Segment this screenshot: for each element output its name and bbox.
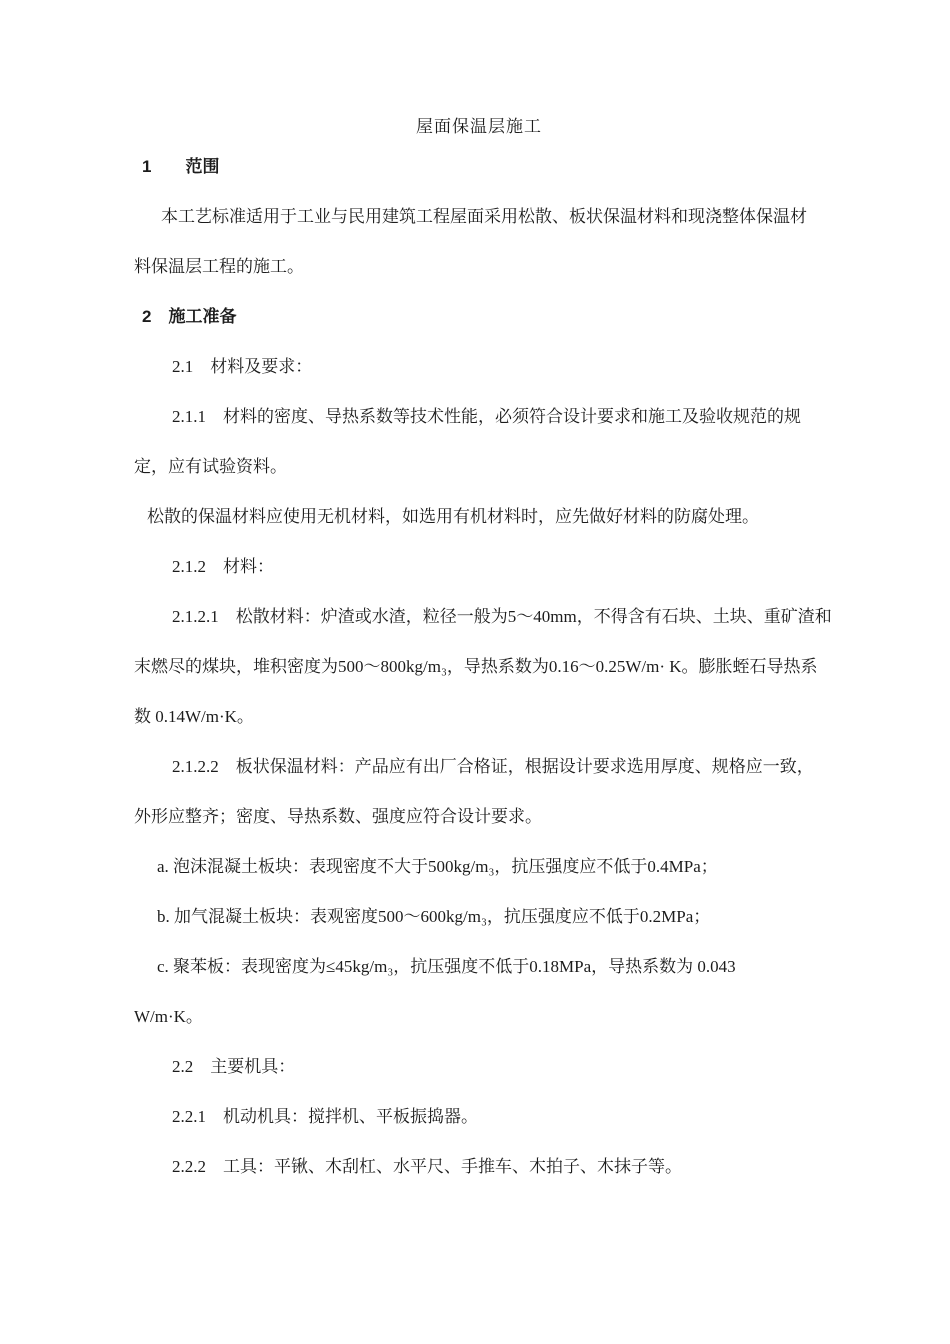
paragraph: 2.2.1 机动机具：搅拌机、平板振捣器。	[134, 1092, 824, 1142]
paragraph-line: 2.1.1 材料的密度、导热系数等技术性能，必须符合设计要求和施工及验收规范的规	[134, 392, 824, 442]
document-body: 1 范围本工艺标准适用于工业与民用建筑工程屋面采用松散、板状保温材料和现浇整体保…	[134, 142, 824, 1192]
paragraph-line: b. 加气混凝土板块：表观密度500～600kg/m₃，抗压强度应不低于0.2M…	[134, 892, 824, 942]
paragraph: 2.1.2 材料：	[134, 542, 824, 592]
paragraph-line: 末燃尽的煤块，堆积密度为500～800kg/m₃，导热系数为0.16～0.25W…	[134, 642, 824, 692]
paragraph: 本工艺标准适用于工业与民用建筑工程屋面采用松散、板状保温材料和现浇整体保温材料保…	[134, 192, 824, 292]
paragraph: 2.1.2.1 松散材料：炉渣或水渣，粒径一般为5～40mm，不得含有石块、土块…	[134, 592, 824, 742]
paragraph-line: 2.2.1 机动机具：搅拌机、平板振捣器。	[134, 1092, 824, 1142]
paragraph-line: 2.1.2.2 板状保温材料：产品应有出厂合格证，根据设计要求选用厚度、规格应一…	[134, 742, 824, 792]
paragraph-line: 1 范围	[134, 142, 824, 192]
paragraph: 2.1.2.2 板状保温材料：产品应有出厂合格证，根据设计要求选用厚度、规格应一…	[134, 742, 824, 842]
paragraph: a. 泡沫混凝土板块：表现密度不大于500kg/m₃，抗压强度应不低于0.4MP…	[134, 842, 824, 892]
paragraph-line: 2.2 主要机具：	[134, 1042, 824, 1092]
paragraph: 松散的保温材料应使用无机材料，如选用有机材料时，应先做好材料的防腐处理。	[134, 492, 824, 542]
paragraph: 2.1.1 材料的密度、导热系数等技术性能，必须符合设计要求和施工及验收规范的规…	[134, 392, 824, 492]
paragraph-line: 本工艺标准适用于工业与民用建筑工程屋面采用松散、板状保温材料和现浇整体保温材	[134, 192, 824, 242]
paragraph-line: a. 泡沫混凝土板块：表现密度不大于500kg/m₃，抗压强度应不低于0.4MP…	[134, 842, 824, 892]
paragraph-line: 2.1.2 材料：	[134, 542, 824, 592]
document-content: 屋面保温层施工 1 范围本工艺标准适用于工业与民用建筑工程屋面采用松散、板状保温…	[134, 0, 824, 1192]
paragraph: 2.2.2 工具：平锹、木刮杠、水平尺、手推车、木拍子、木抹子等。	[134, 1142, 824, 1192]
paragraph-line: c. 聚苯板：表现密度为≤45kg/m₃，抗压强度不低于0.18MPa，导热系数…	[134, 942, 824, 992]
document-title: 屋面保温层施工	[134, 112, 824, 142]
document-page: 屋面保温层施工 1 范围本工艺标准适用于工业与民用建筑工程屋面采用松散、板状保温…	[0, 0, 950, 1344]
paragraph-line: W/m·K。	[134, 992, 824, 1042]
paragraph-line: 松散的保温材料应使用无机材料，如选用有机材料时，应先做好材料的防腐处理。	[134, 492, 824, 542]
paragraph: 2.2 主要机具：	[134, 1042, 824, 1092]
paragraph: c. 聚苯板：表现密度为≤45kg/m₃，抗压强度不低于0.18MPa，导热系数…	[134, 942, 824, 1042]
paragraph-line: 定，应有试验资料。	[134, 442, 824, 492]
paragraph: 2 施工准备	[134, 292, 824, 342]
paragraph-line: 数 0.14W/m·K。	[134, 692, 824, 742]
paragraph-line: 2 施工准备	[134, 292, 824, 342]
paragraph: 1 范围	[134, 142, 824, 192]
paragraph: 2.1 材料及要求：	[134, 342, 824, 392]
paragraph: b. 加气混凝土板块：表观密度500～600kg/m₃，抗压强度应不低于0.2M…	[134, 892, 824, 942]
paragraph-line: 2.2.2 工具：平锹、木刮杠、水平尺、手推车、木拍子、木抹子等。	[134, 1142, 824, 1192]
paragraph-line: 2.1 材料及要求：	[134, 342, 824, 392]
paragraph-line: 料保温层工程的施工。	[134, 242, 824, 292]
paragraph-line: 2.1.2.1 松散材料：炉渣或水渣，粒径一般为5～40mm，不得含有石块、土块…	[134, 592, 824, 642]
paragraph-line: 外形应整齐；密度、导热系数、强度应符合设计要求。	[134, 792, 824, 842]
